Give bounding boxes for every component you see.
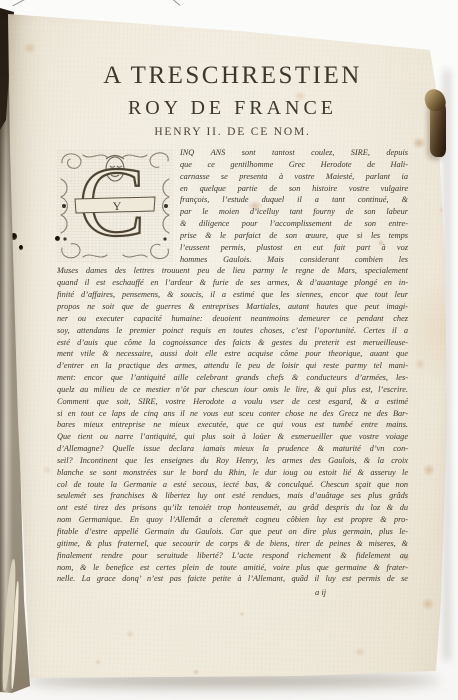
text-line: esté d’auis que côme la cognoissance des…	[57, 337, 408, 349]
text-line: ment: encor que l’antiquité aille celebr…	[57, 372, 408, 384]
decorated-initial-woodcut: C Y	[57, 149, 173, 262]
text-line: quand il est eschauffé en l’ardeur & fur…	[57, 277, 408, 289]
text-line: & diligence pour l’accomplissement de so…	[180, 218, 408, 230]
text-line: ner ou executer capacité humaine: deuoie…	[57, 313, 408, 325]
text-line: hommes Gaulois. Mais considerant combien…	[180, 254, 408, 266]
decorated-initial: C Y	[57, 149, 173, 262]
dedication-title-line1: A TRESCHRESTIEN	[57, 62, 408, 90]
text-line: gitime, & plus fraternel, que secourir d…	[57, 538, 408, 550]
book-page: A TRESCHRESTIEN ROY DE FRANCE HENRY II. …	[0, 0, 458, 700]
text-line: l’eussent permis, plustost en eut fait p…	[180, 242, 408, 254]
text-line: col de toute la Germanie a esté secous, …	[57, 479, 408, 491]
wormhole	[19, 245, 23, 250]
text-line: si en tout ce laps de cinq ans il ne vou…	[57, 408, 408, 420]
text-line: ment vtile & necessaire, aussi doit elle…	[57, 348, 408, 360]
signature-mark: a ij	[57, 586, 408, 598]
text-line: en quelque partie de son histoire vostre…	[180, 183, 408, 195]
text-line: seulemét ses franchises & libertez luy o…	[57, 490, 408, 502]
text-line: que ce gentilhomme Grec Herodote de Hali…	[180, 159, 408, 171]
text-line: ont esté tirez des prisons qu’ilz tenoié…	[57, 502, 408, 514]
text-line: Que tient ou narre l’antiquité, qui plus…	[57, 431, 408, 443]
text-line: d’Allemagne? Quelle issue declara iamais…	[57, 443, 408, 455]
drop-cap-guide-letter: Y	[113, 199, 122, 213]
background-scratch	[13, 0, 26, 6]
text-line: quelz au milieu de ce mestier n’ôt par c…	[57, 384, 408, 396]
text-line: nom Germanique. En quoy l’Allemât a cler…	[57, 514, 408, 526]
text-line: fitable d’estre appellé Germain du Gaulo…	[57, 526, 408, 538]
background-scratch	[173, 0, 181, 6]
text-line: françois, l’estude duquel il a tant cont…	[180, 194, 408, 206]
text-line: INQ ANS sont tantost coulez, SIRE, depui…	[180, 147, 408, 159]
text-line: d’entrer en la practique des armes, atte…	[57, 360, 408, 372]
text-line: bares mieux entreprise ne mieux executée…	[57, 419, 408, 431]
text-line: blanche se sont monstrées sur le bord du…	[57, 467, 408, 479]
dedication-title-line3: HENRY II. DE CE NOM.	[57, 126, 408, 138]
dedication-title-line2: ROY DE FRANCE	[57, 97, 408, 120]
wormhole	[55, 236, 60, 241]
page-content: A TRESCHRESTIEN ROY DE FRANCE HENRY II. …	[57, 62, 408, 598]
text-line: nom, & le benefice est certes plein de t…	[57, 562, 408, 574]
text-line: finité d’affaires, pensemens, & soucis, …	[57, 289, 408, 301]
text-line: nelle. La grace donq’ n’est pas faicte p…	[57, 573, 408, 585]
metal-clasp	[425, 89, 452, 159]
text-line: carnasse se presenta à vostre Maiesté, p…	[180, 171, 408, 183]
body-text-block: C Y INQ ANS sont tantost coulez, SIRE, d…	[57, 147, 408, 598]
text-line: seil? Incontinent que les enseignes du R…	[57, 455, 408, 467]
text-line: propos ne soit que de guerres & entrepri…	[57, 301, 408, 313]
text-line: prise & le parfaict de son œuure, que si…	[180, 230, 408, 242]
text-line: Muses dames des lettres trouuent peu de …	[57, 265, 408, 277]
text-line: par le moien d’icelluy tant fourny de so…	[180, 206, 408, 218]
book-photo: A TRESCHRESTIEN ROY DE FRANCE HENRY II. …	[0, 0, 458, 700]
text-line: soy, attendans le premier poinct requis …	[57, 325, 408, 337]
text-line: finalement rendre pour seruitude liberté…	[57, 550, 408, 562]
text-line: Comment que soit, SIRE, vostre Herodote …	[57, 396, 408, 408]
